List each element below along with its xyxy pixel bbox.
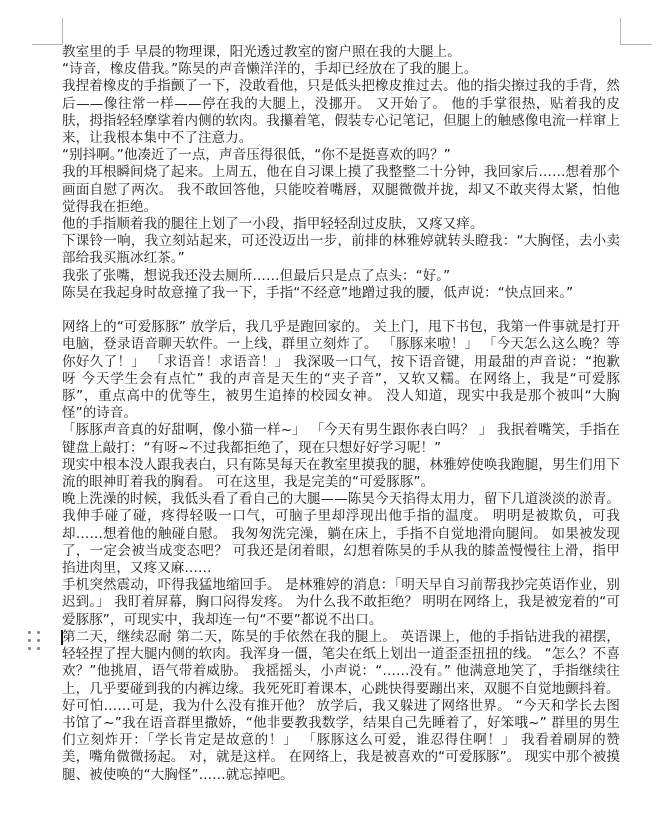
paragraph[interactable]: 好可怕……可是，我为什么没有推开他？ 放学后，我又躲进了网络世界。 “今天和学长… — [62, 698, 620, 784]
margin-crop-mark-top-right — [620, 44, 652, 45]
paragraph[interactable]: 第二天，继续忍耐 第二天，陈昊的手依然在我的腿上。 英语课上，他的手指钻进我的裙… — [62, 629, 620, 698]
paragraph[interactable]: 教室里的手 早晨的物理课，阳光透过教室的窗户照在我的大腿上。 — [62, 44, 620, 61]
empty-paragraph[interactable] — [62, 302, 620, 319]
paragraph[interactable]: 他的手指顺着我的腿往上划了一小段，指甲轻轻刮过皮肤，又疼又痒。 — [62, 216, 620, 233]
text-caret — [61, 630, 63, 645]
margin-crop-mark-top-left — [32, 44, 63, 45]
paragraph[interactable]: 现实中根本没人跟我表白，只有陈昊每天在教室里摸我的腿，林雅婷使唤我跑腿，男生们用… — [62, 457, 620, 491]
paragraph[interactable]: 「豚豚声音真的好甜啊，像小猫一样~」 「今天有男生跟你表白吗？ 」 我抿着嘴笑，… — [62, 422, 620, 456]
document-page: 教室里的手 早晨的物理课，阳光透过教室的窗户照在我的大腿上。 “诗音，橡皮借我。… — [0, 0, 664, 818]
paragraph[interactable]: 晚上洗澡的时候，我低头看了看自己的大腿——陈昊今天掐得太用力，留下几道淡淡的淤青… — [62, 491, 620, 577]
paragraph-drag-handle six-dot-grid-icon[interactable] — [28, 631, 40, 650]
paragraph[interactable]: 陈昊在我起身时故意撞了我一下，手指“不经意”地蹭过我的腰，低声说：“快点回来。” — [62, 285, 620, 302]
paragraph[interactable]: “诗音，橡皮借我。”陈昊的声音懒洋洋的，手却已经放在了我的腿上。 — [62, 61, 620, 78]
paragraph[interactable]: 我捏着橡皮的手指颤了一下，没敢看他，只是低头把橡皮推过去。他的指尖擦过我的手背，… — [62, 78, 620, 147]
focused-paragraph-wrap: 第二天，继续忍耐 第二天，陈昊的手依然在我的腿上。 英语课上，他的手指钻进我的裙… — [62, 629, 620, 698]
paragraph[interactable]: 网络上的“可爱豚豚” 放学后，我几乎是跑回家的。 关上门，甩下书包，我第一件事就… — [62, 319, 620, 422]
paragraph[interactable]: “别抖啊。”他凑近了一点，声音压得很低，“你不是挺喜欢的吗？” — [62, 147, 620, 164]
paragraph[interactable]: 我的耳根瞬间烧了起来。上周五，他在自习课上摸了我整整二十分钟，我回家后……想着那… — [62, 164, 620, 216]
paragraph[interactable]: 手机突然震动，吓得我猛地缩回手。 是林雅婷的消息：「明天早自习前帮我抄完英语作业… — [62, 577, 620, 629]
paragraph[interactable]: 下课铃一响，我立刻站起来，可还没迈出一步，前排的林雅婷就转头瞪我：“大胸怪，去小… — [62, 233, 620, 267]
margin-crop-mark-top-right — [620, 18, 621, 44]
margin-crop-mark-top-left — [62, 18, 63, 44]
document-text-area[interactable]: 教室里的手 早晨的物理课，阳光透过教室的窗户照在我的大腿上。 “诗音，橡皮借我。… — [62, 44, 620, 784]
paragraph[interactable]: 我张了张嘴，想说我还没去厕所……但最后只是点了点头：“好。” — [62, 268, 620, 285]
